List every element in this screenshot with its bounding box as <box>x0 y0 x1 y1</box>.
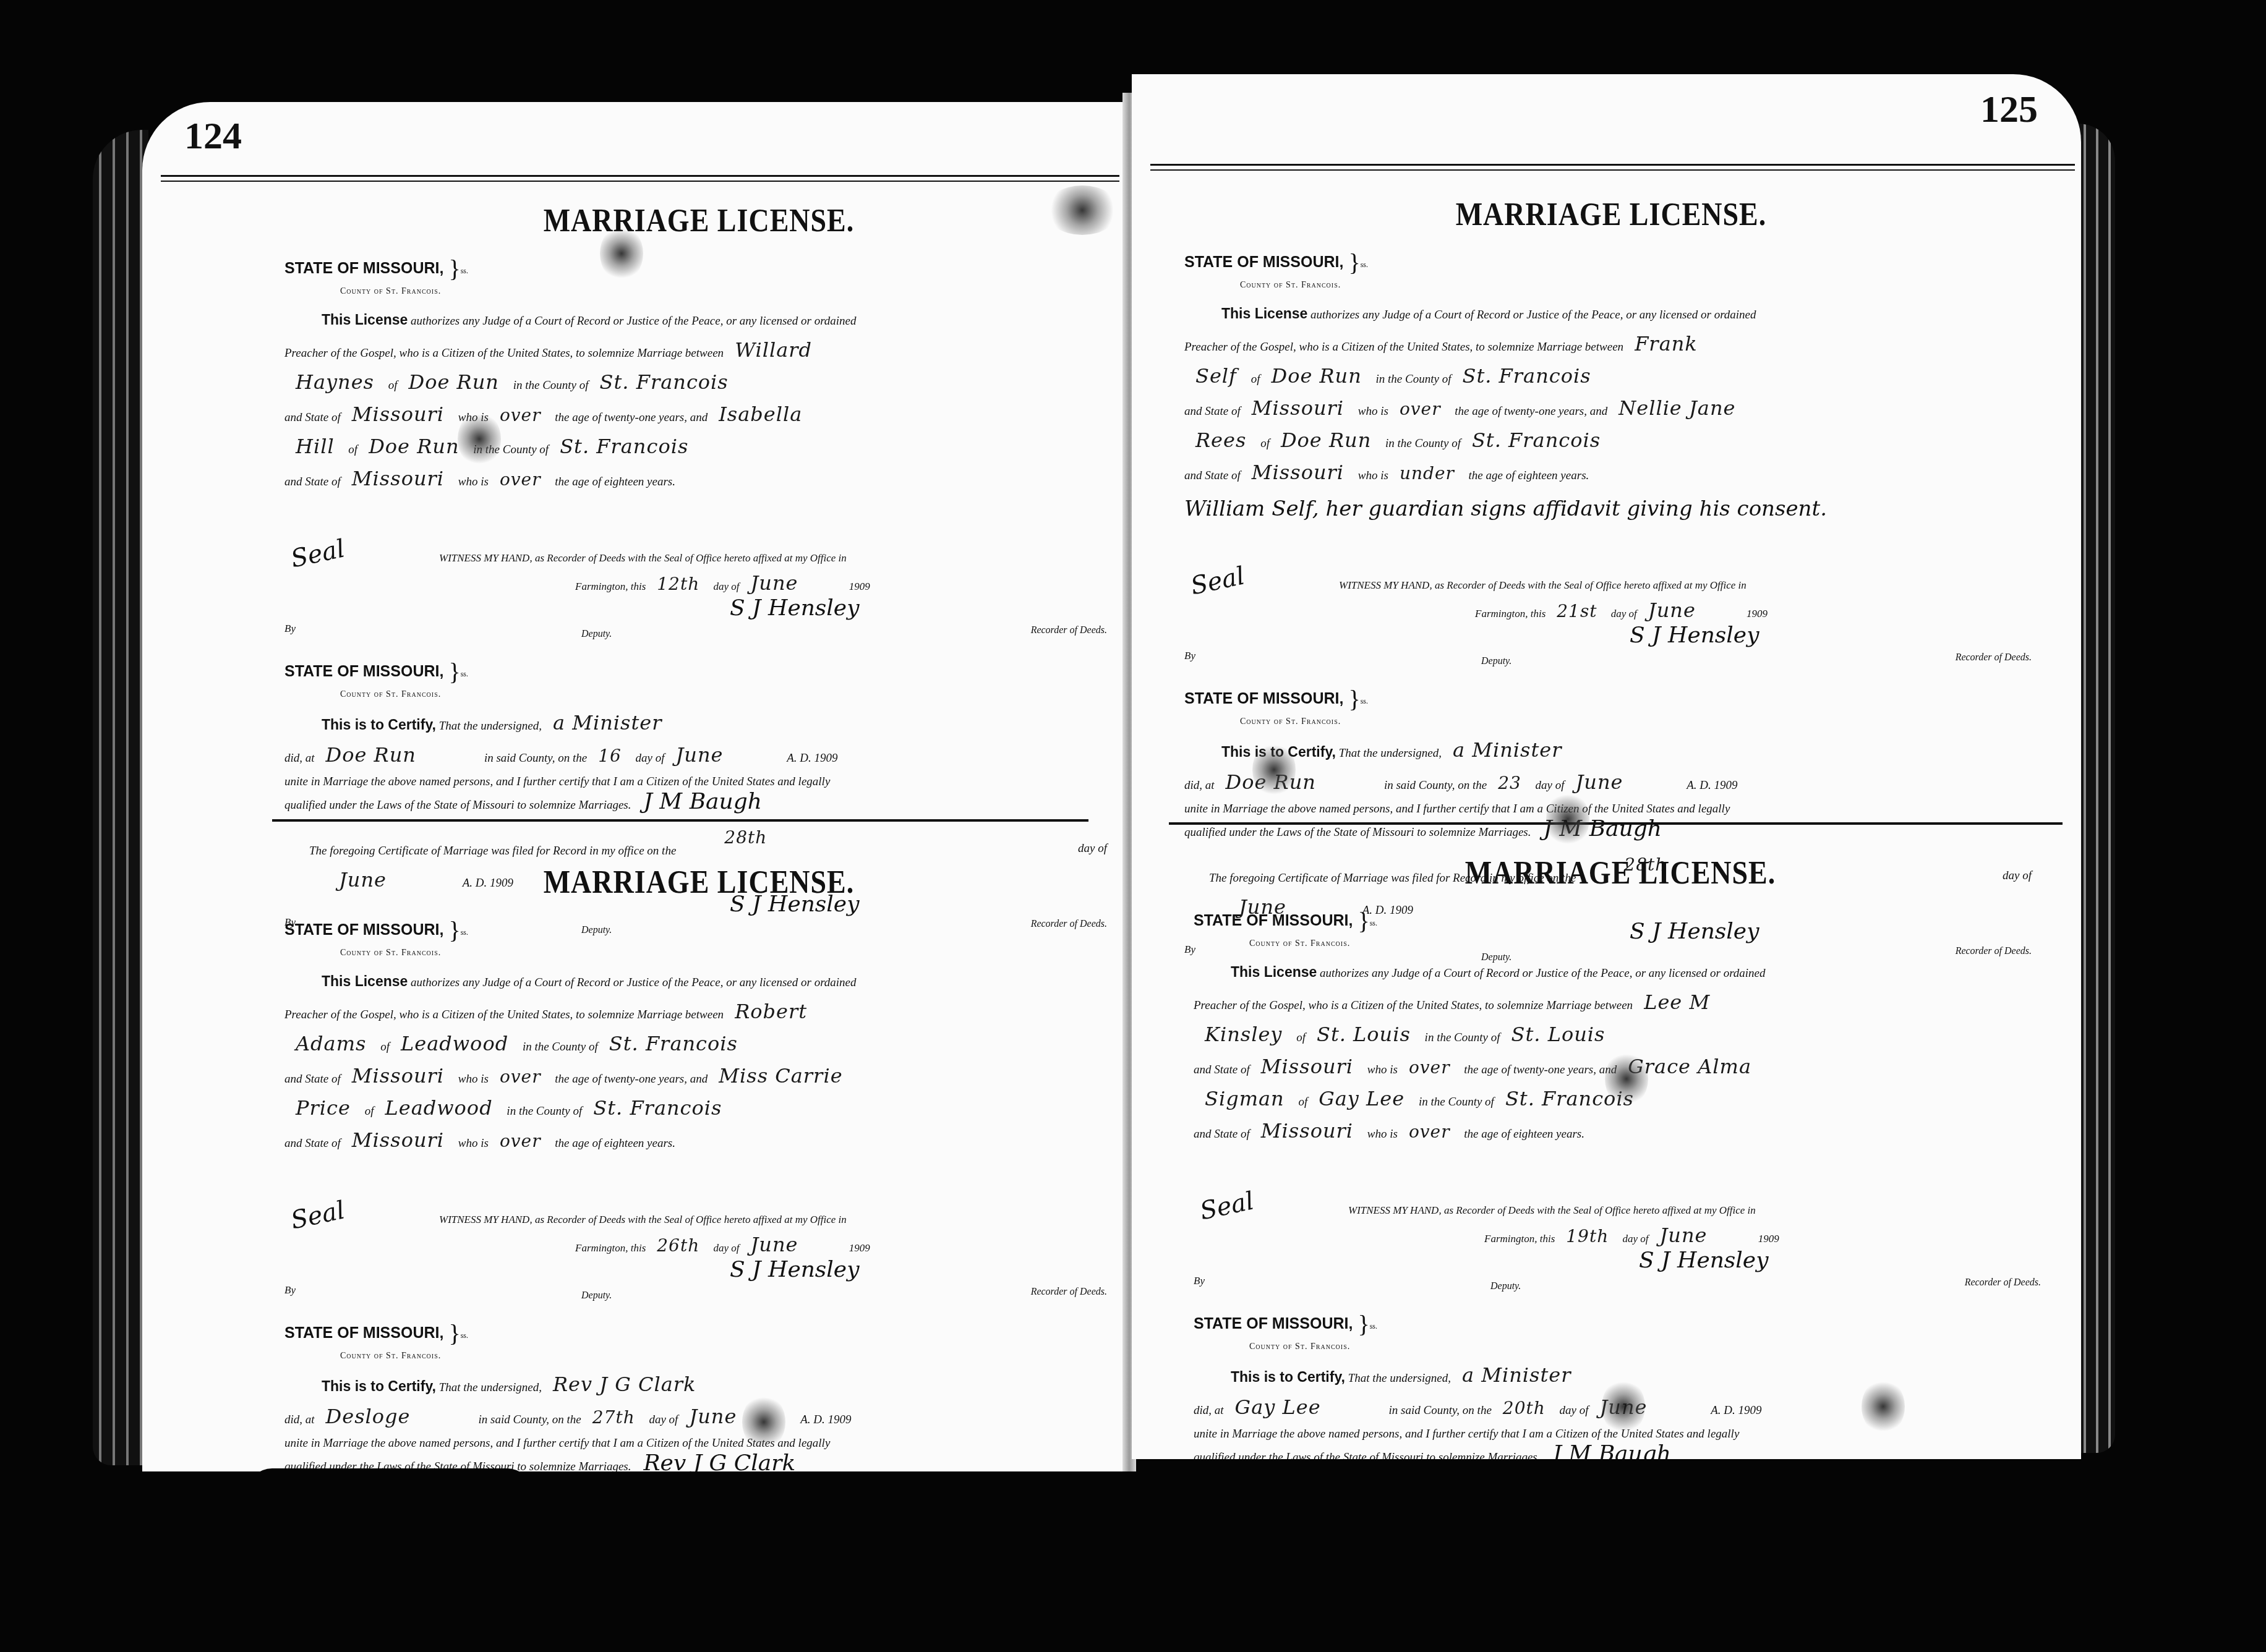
recorder-signature: S J Hensley <box>1639 1248 1769 1273</box>
bride-state: Missouri <box>1241 461 1355 484</box>
groom-residence-line: Kinsley ofSt. Louis in the County ofSt. … <box>1194 1020 2047 1052</box>
groom-last-name: Adams <box>284 1032 377 1055</box>
issued-day: 12th <box>646 574 711 594</box>
groom-age: over <box>1388 399 1452 419</box>
ss-mark: ss. <box>461 928 468 937</box>
brace-glyph: } <box>1348 249 1360 276</box>
officiant-signature: Rev J G Clark <box>631 1450 795 1471</box>
state-heading: STATE OF MISSOURI, <box>1184 690 1343 708</box>
bride-last-name: Sigman <box>1194 1087 1296 1110</box>
license-line-1: This License authorizes any Judge of a C… <box>1184 299 2038 330</box>
certificate-block: STATE OF MISSOURI,}ss. County of St. Fra… <box>284 657 1113 816</box>
issued-month: June <box>740 571 810 595</box>
marriage-year: 1909 <box>827 1413 851 1426</box>
marriage-month: June <box>665 743 735 767</box>
groom-residence-line: Adams ofLeadwood in the County ofSt. Fra… <box>284 1029 1113 1062</box>
marriage-day: 20th <box>1492 1398 1557 1418</box>
recorder-signature: S J Hensley <box>1630 623 1759 648</box>
ink-smudge <box>1602 1379 1645 1434</box>
bride-state: Missouri <box>341 467 455 490</box>
issued-month: June <box>1637 598 1707 622</box>
ink-smudge <box>1546 791 1589 847</box>
seal-mark: Seal <box>288 534 347 573</box>
officiant: a Minister <box>1442 738 1573 762</box>
brace-glyph: } <box>1357 907 1369 935</box>
seal-mark: Seal <box>288 1196 347 1235</box>
license-title: MARRIAGE LICENSE. <box>1184 195 2038 233</box>
bride-residence-line: Hill ofDoe Run in the County ofSt. Franc… <box>284 432 1113 464</box>
marriage-day: 23 <box>1487 773 1533 793</box>
marriage-license: MARRIAGE LICENSE. STATE OF MISSOURI,}ss.… <box>1194 835 2047 1459</box>
bride-first-name: Nellie Jane <box>1607 396 1747 420</box>
groom-county: St. Francois <box>589 370 740 394</box>
issued-year: 1909 <box>1747 608 1768 619</box>
groom-first-name: Robert <box>724 1000 818 1023</box>
bride-residence: Gay Lee <box>1307 1087 1416 1110</box>
witness-text: WITNESS MY HAND, as Recorder of Deeds wi… <box>1339 573 2038 598</box>
groom-state-line: and State ofMissouri who isover the age … <box>1184 394 2038 426</box>
groom-county: St. Francois <box>1451 364 1602 388</box>
marriage-place: Desloge <box>315 1405 479 1428</box>
issued-year: 1909 <box>1758 1233 1779 1245</box>
seal-mark: Seal <box>1197 1186 1256 1225</box>
seal-mark: Seal <box>1188 561 1247 600</box>
county-heading: County of St. Francois. <box>340 690 1113 700</box>
license-line-2: Preacher of the Gospel, who is a Citizen… <box>1184 330 2038 362</box>
marriage-license: MARRIAGE LICENSE. STATE OF MISSOURI,}ss.… <box>284 182 1113 941</box>
license-line-1: This License authorizes any Judge of a C… <box>284 967 1113 997</box>
bride-state: Missouri <box>341 1128 455 1152</box>
header-rule <box>1150 164 2075 171</box>
license-line-2: Preacher of the Gospel, who is a Citizen… <box>1194 988 2047 1020</box>
county-heading: County of St. Francois. <box>1249 1342 2047 1352</box>
groom-residence: Doe Run <box>1260 364 1372 388</box>
witness-block: Seal WITNESS MY HAND, as Recorder of Dee… <box>284 546 1113 642</box>
license-line-1: This License authorizes any Judge of a C… <box>284 305 1113 336</box>
county-heading: County of St. Francois. <box>1240 281 2038 291</box>
bride-last-name: Hill <box>284 435 346 458</box>
license-line-1: This License authorizes any Judge of a C… <box>1194 958 2047 988</box>
witness-block: Seal WITNESS MY HAND, as Recorder of Dee… <box>284 1207 1113 1304</box>
page-125: 125 MARRIAGE LICENSE. STATE OF MISSOURI,… <box>1132 74 2081 1459</box>
groom-first-name: Willard <box>724 338 823 362</box>
page-number: 125 <box>1980 88 2038 132</box>
state-heading: STATE OF MISSOURI, <box>1184 253 1343 271</box>
certificate-block: STATE OF MISSOURI,}ss. County of St. Fra… <box>1184 684 2038 843</box>
ss-mark: ss. <box>461 266 468 275</box>
issued-month: June <box>740 1233 810 1256</box>
groom-last-name: Kinsley <box>1194 1023 1293 1046</box>
ink-smudge <box>458 411 501 467</box>
marriage-place: Gay Lee <box>1224 1395 1389 1419</box>
bride-state-line: and State ofMissouri who isover the age … <box>1194 1117 2047 1149</box>
license-title: MARRIAGE LICENSE. <box>284 202 1113 239</box>
ink-smudge <box>742 1394 785 1450</box>
groom-state-line: and State ofMissouri who isover the age … <box>284 1062 1113 1094</box>
marriage-year: 1909 <box>1714 779 1738 792</box>
guardian-note: William Self, her guardian signs affidav… <box>1184 494 2038 524</box>
officiant: Rev J G Clark <box>542 1373 708 1396</box>
witness-text: WITNESS MY HAND, as Recorder of Deeds wi… <box>439 1207 1113 1232</box>
ink-smudge <box>1862 1379 1905 1434</box>
groom-residence-line: Self ofDoe Run in the County ofSt. Franc… <box>1184 362 2038 394</box>
header-rule <box>161 175 1119 182</box>
groom-residence: Doe Run <box>398 370 510 394</box>
license-title: MARRIAGE LICENSE. <box>284 863 1113 901</box>
issued-day: 19th <box>1555 1226 1620 1246</box>
issued-year: 1909 <box>849 581 870 592</box>
recorder-signature: S J Hensley <box>730 1257 860 1282</box>
marriage-place: Doe Run <box>1215 770 1384 794</box>
bride-county: St. Francois <box>549 435 699 458</box>
bride-age: over <box>1398 1122 1461 1142</box>
page-number: 124 <box>184 114 242 158</box>
ink-smudge <box>600 226 643 281</box>
ss-mark: ss. <box>1370 919 1377 927</box>
issued-day: 21st <box>1546 601 1608 621</box>
ink-smudge <box>1045 185 1119 235</box>
license-title: MARRIAGE LICENSE. <box>1194 854 2047 892</box>
bride-age: under <box>1388 463 1466 483</box>
bride-residence: Doe Run <box>357 435 470 458</box>
certify-lead: This is to Certify, <box>322 1378 436 1394</box>
marriage-month: June <box>1565 770 1635 794</box>
witness-block: Seal WITNESS MY HAND, as Recorder of Dee… <box>1184 573 2038 670</box>
marriage-day: 27th <box>581 1407 646 1428</box>
groom-state: Missouri <box>341 1064 455 1088</box>
bride-first-name: Miss Carrie <box>708 1064 853 1088</box>
county-heading: County of St. Francois. <box>340 948 1113 958</box>
officiant-signature: J M Baugh <box>1540 1441 1671 1459</box>
marriage-day: 16 <box>587 746 633 766</box>
bride-state-line: and State ofMissouri who isunder the age… <box>1184 458 2038 490</box>
brace-glyph: } <box>448 255 460 283</box>
bride-state: Missouri <box>1250 1119 1364 1143</box>
officiant-signature: J M Baugh <box>631 789 762 814</box>
bride-last-name: Price <box>284 1096 362 1120</box>
bride-state-line: and State ofMissouri who isover the age … <box>284 464 1113 496</box>
page-tear <box>247 1468 532 1471</box>
marriage-month: June <box>678 1405 748 1428</box>
groom-last-name: Self <box>1184 364 1248 388</box>
license-lead: This License <box>322 973 408 989</box>
license-lead: This License <box>1221 305 1307 321</box>
county-heading: County of St. Francois. <box>340 1352 1113 1361</box>
left-page-edges <box>93 130 148 1465</box>
state-heading: STATE OF MISSOURI, <box>284 260 443 278</box>
bride-age: over <box>489 1131 552 1151</box>
groom-first-name: Lee M <box>1633 990 1721 1014</box>
ink-smudge <box>1252 742 1296 798</box>
bride-residence-line: Price ofLeadwood in the County ofSt. Fra… <box>284 1094 1113 1126</box>
ink-smudge <box>1605 1051 1648 1107</box>
license-line-2: Preacher of the Gospel, who is a Citizen… <box>284 336 1113 368</box>
page-124: 124 MARRIAGE LICENSE. STATE OF MISSOURI,… <box>142 102 1126 1471</box>
marriage-license: MARRIAGE LICENSE. STATE OF MISSOURI,}ss.… <box>284 844 1113 1471</box>
bride-state-line: and State ofMissouri who isover the age … <box>284 1126 1113 1158</box>
county-heading: County of St. Francois. <box>1240 717 2038 727</box>
officiant: a Minister <box>1451 1363 1583 1387</box>
groom-age: over <box>489 1067 552 1087</box>
state-heading: STATE OF MISSOURI, <box>284 1324 443 1342</box>
bride-county: St. Francois <box>582 1096 733 1120</box>
bride-residence: Doe Run <box>1270 428 1382 452</box>
certify-lead: This is to Certify, <box>1231 1369 1345 1385</box>
ss-mark: ss. <box>1361 260 1368 269</box>
bride-residence: Leadwood <box>374 1096 503 1120</box>
groom-age: over <box>1398 1057 1461 1078</box>
bride-last-name: Rees <box>1184 428 1257 452</box>
marriage-year: 1909 <box>814 752 838 765</box>
officiant: a Minister <box>542 711 673 734</box>
state-heading: STATE OF MISSOURI, <box>284 921 443 939</box>
state-heading: STATE OF MISSOURI, <box>284 663 443 681</box>
issued-year: 1909 <box>849 1242 870 1254</box>
county-heading: County of St. Francois. <box>340 287 1113 297</box>
state-heading: STATE OF MISSOURI, <box>1194 912 1353 930</box>
bride-age: over <box>489 469 552 490</box>
groom-state-line: and State ofMissouri who isover the age … <box>284 400 1113 432</box>
groom-residence: St. Louis <box>1306 1023 1422 1046</box>
brace-glyph: } <box>448 916 460 944</box>
certificate-block: STATE OF MISSOURI,}ss. County of St. Fra… <box>284 1319 1113 1471</box>
county-heading: County of St. Francois. <box>1249 939 2047 949</box>
groom-residence: Leadwood <box>390 1032 519 1055</box>
witness-text: WITNESS MY HAND, as Recorder of Deeds wi… <box>439 546 1113 571</box>
bride-first-name: Isabella <box>708 402 813 426</box>
license-lead: This License <box>322 312 408 328</box>
marriage-year: 1909 <box>1738 1404 1762 1417</box>
groom-county: St. Francois <box>598 1032 749 1055</box>
certify-lead: This is to Certify, <box>322 717 436 733</box>
groom-residence-line: Haynes ofDoe Run in the County ofSt. Fra… <box>284 368 1113 400</box>
groom-last-name: Haynes <box>284 370 385 394</box>
issued-day: 26th <box>646 1235 711 1256</box>
recorder-signature: S J Hensley <box>730 595 860 621</box>
right-page-edges <box>2078 124 2115 1453</box>
groom-state: Missouri <box>341 402 455 426</box>
license-line-2: Preacher of the Gospel, who is a Citizen… <box>284 997 1113 1029</box>
issued-month: June <box>1649 1224 1719 1247</box>
groom-age: over <box>489 405 552 425</box>
groom-county: St. Louis <box>1500 1023 1617 1046</box>
bride-residence-line: Rees ofDoe Run in the County ofSt. Franc… <box>1184 426 2038 458</box>
witness-block: Seal WITNESS MY HAND, as Recorder of Dee… <box>1194 1198 2047 1295</box>
state-heading: STATE OF MISSOURI, <box>1194 1315 1353 1333</box>
bride-county: St. Francois <box>1461 428 1612 452</box>
groom-state: Missouri <box>1241 396 1355 420</box>
groom-state: Missouri <box>1250 1055 1364 1078</box>
witness-text: WITNESS MY HAND, as Recorder of Deeds wi… <box>1348 1198 2047 1223</box>
groom-first-name: Frank <box>1623 332 1709 356</box>
license-lead: This License <box>1231 964 1317 980</box>
marriage-place: Doe Run <box>315 743 484 767</box>
